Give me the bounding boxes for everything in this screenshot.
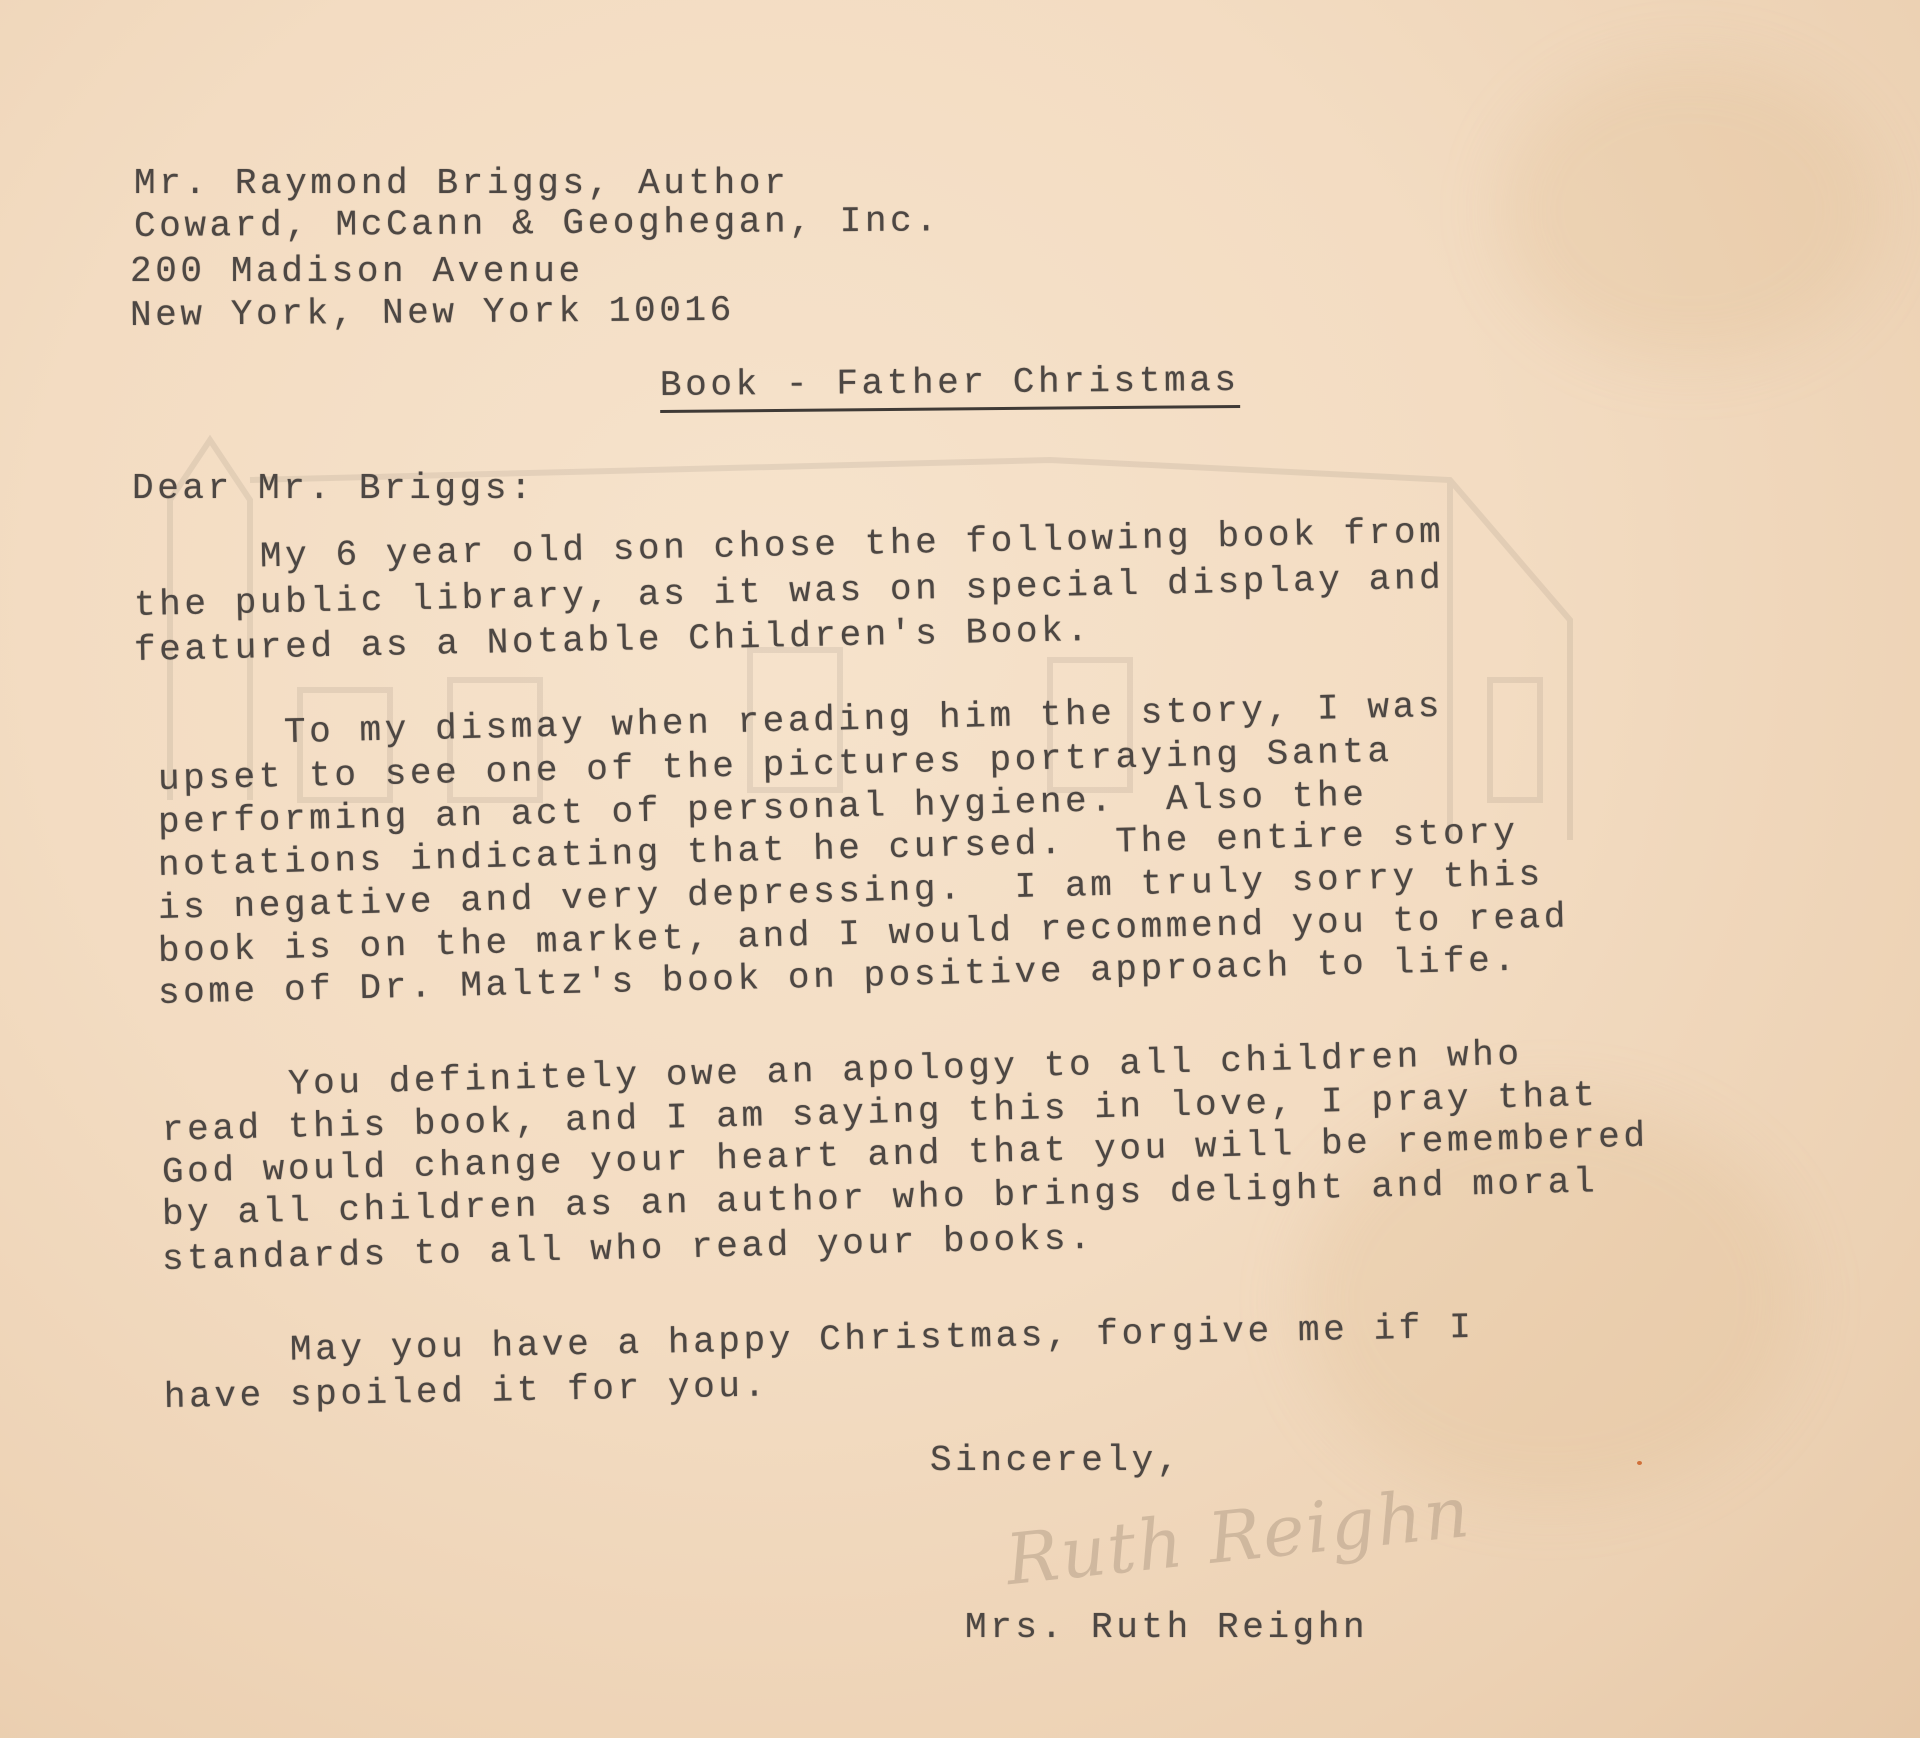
- subject-line: Book - Father Christmas: [660, 363, 1240, 413]
- paragraph-line: have spoiled it for you.: [164, 1368, 769, 1416]
- paper-fleck: [1637, 1461, 1642, 1465]
- closing: Sincerely,: [930, 1443, 1182, 1479]
- paragraph-line: May you have a happy Christmas, forgive …: [164, 1310, 1475, 1371]
- address-line: Coward, McCann & Geoghegan, Inc.: [134, 203, 941, 245]
- salutation: Dear Mr. Briggs:: [132, 471, 535, 507]
- address-line: Mr. Raymond Briggs, Author: [134, 166, 789, 202]
- address-line: New York, New York 10016: [130, 293, 735, 334]
- paper-stain: [1500, 60, 1880, 360]
- typed-name: Mrs. Ruth Reighn: [965, 1610, 1368, 1646]
- address-line: 200 Madison Avenue: [130, 254, 584, 290]
- handwritten-signature: Ruth Reighn: [1002, 1471, 1475, 1601]
